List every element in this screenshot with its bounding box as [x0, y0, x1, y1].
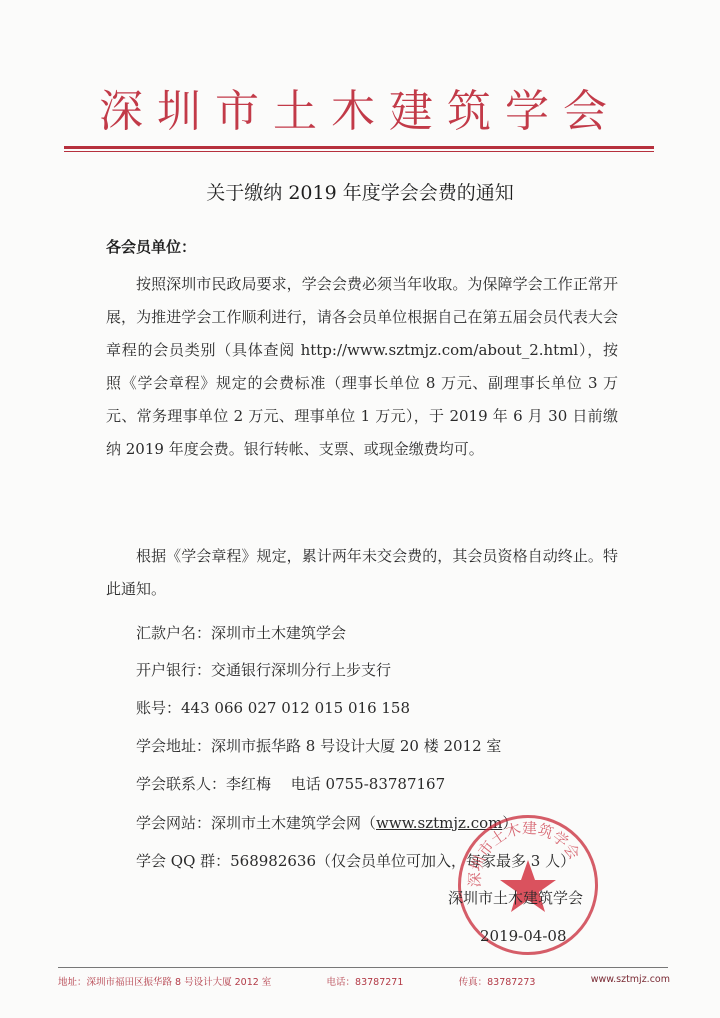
society-address: 学会地址：深圳市振华路 8 号设计大厦 20 楼 2012 室	[136, 735, 501, 756]
letterhead-divider-thin	[64, 151, 654, 152]
footer-phone: 电话：83787271	[327, 974, 404, 988]
letterhead-org-name: 深圳市土木建筑学会	[60, 86, 660, 138]
footer: 地址：深圳市福田区振华路 8 号设计大厦 2012 室 电话：83787271 …	[58, 974, 670, 988]
signature-date: 2019-04-08	[480, 927, 566, 945]
footer-fax: 传真：83787273	[459, 974, 536, 988]
letterhead-divider-thick	[64, 146, 654, 149]
paragraph-fee-requirement: 按照深圳市民政局要求，学会会费必须当年收取。为保障学会工作正常开展，为推进学会工…	[106, 268, 618, 466]
paragraph-membership-termination: 根据《学会章程》规定，累计两年未交会费的，其会员资格自动终止。特此通知。	[106, 540, 618, 606]
account-name: 汇款户名：深圳市土木建筑学会	[136, 622, 346, 643]
signature-org: 深圳市土木建筑学会	[448, 887, 583, 908]
footer-address: 地址：深圳市福田区振华路 8 号设计大厦 2012 室	[58, 974, 271, 988]
bank-name: 开户银行：交通银行深圳分行上步支行	[136, 659, 391, 680]
salutation: 各会员单位：	[106, 236, 196, 257]
contact-person: 学会联系人：李红梅 电话 0755-83787167	[136, 773, 445, 794]
footer-website[interactable]: www.sztmjz.com	[591, 974, 670, 988]
notice-title: 关于缴纳 2019 年度学会会费的通知	[0, 178, 720, 205]
footer-divider	[58, 967, 668, 968]
account-number: 账号：443 066 027 012 015 016 158	[136, 697, 410, 718]
website-label: 学会网站：深圳市土木建筑学会网（	[136, 814, 376, 832]
